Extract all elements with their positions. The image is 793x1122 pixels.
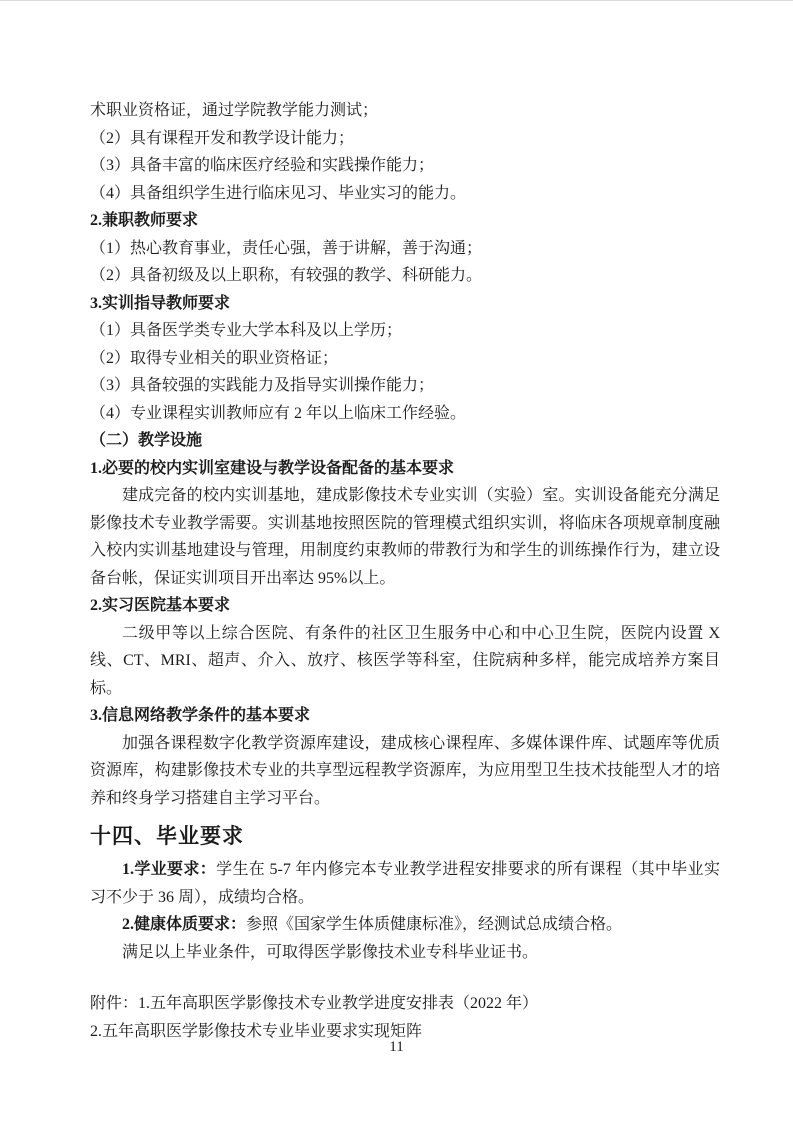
attachment-line-1: 附件：1.五年高职医学影像技术专业教学进度安排表（2022 年） [90, 990, 720, 1018]
training-instructor-item-1: （1）具备医学类专业大学本科及以上学历； [90, 317, 720, 345]
facilities-sub2-heading: 2.实习医院基本要求 [90, 592, 720, 620]
training-instructor-heading: 3.实训指导教师要求 [90, 290, 720, 318]
document-page: 术职业资格证，通过学院教学能力测试； （2）具有课程开发和教学设计能力； （3）… [0, 0, 793, 1122]
graduation-conclusion: 满足以上毕业条件，可取得医学影像技术业专科毕业证书。 [90, 939, 720, 967]
page-number: 11 [0, 1037, 793, 1057]
health-requirement-paragraph: 2.健康体质要求：参照《国家学生体质健康标准》，经测试总成绩合格。 [90, 911, 720, 939]
page-content: 术职业资格证，通过学院教学能力测试； （2）具有课程开发和教学设计能力； （3）… [90, 97, 720, 1045]
training-instructor-item-3: （3）具备较强的实践能力及指导实训操作能力； [90, 372, 720, 400]
facilities-sub1-heading: 1.必要的校内实训室建设与教学设备配备的基本要求 [90, 455, 720, 483]
graduation-section-heading: 十四、毕业要求 [90, 818, 720, 854]
health-requirement-text: 参照《国家学生体质健康标准》，经测试总成绩合格。 [246, 916, 622, 933]
health-requirement-label: 2.健康体质要求： [122, 916, 246, 933]
facilities-sub3-paragraph: 加强各课程数字化教学资源库建设，建成核心课程库、多媒体课件库、试题库等优质资源库… [90, 730, 720, 813]
facilities-sub1-paragraph: 建成完备的校内实训基地，建成影像技术专业实训（实验）室。实训设备能充分满足影像技… [90, 482, 720, 592]
facilities-sub2-paragraph: 二级甲等以上综合医院、有条件的社区卫生服务中心和中心卫生院，医院内设置 X 线、… [90, 620, 720, 703]
facilities-sub3-heading: 3.信息网络教学条件的基本要求 [90, 702, 720, 730]
part-time-teacher-heading: 2.兼职教师要求 [90, 207, 720, 235]
qualification-item-2: （2）具有课程开发和教学设计能力； [90, 125, 720, 153]
continuation-line: 术职业资格证，通过学院教学能力测试； [90, 97, 720, 125]
academic-requirement-label: 1.学业要求： [122, 861, 216, 878]
part-time-teacher-item-1: （1）热心教育事业，责任心强，善于讲解，善于沟通； [90, 235, 720, 263]
academic-requirement-paragraph: 1.学业要求：学生在 5-7 年内修完本专业教学进程安排要求的所有课程（其中毕业… [90, 856, 720, 911]
training-instructor-item-4: （4）专业课程实训教师应有 2 年以上临床工作经验。 [90, 400, 720, 428]
qualification-item-4: （4）具备组织学生进行临床见习、毕业实习的能力。 [90, 180, 720, 208]
part-time-teacher-item-2: （2）具备初级及以上职称，有较强的教学、科研能力。 [90, 262, 720, 290]
teaching-facilities-heading: （二）教学设施 [90, 427, 720, 455]
qualification-item-3: （3）具备丰富的临床医疗经验和实践操作能力； [90, 152, 720, 180]
training-instructor-item-2: （2）取得专业相关的职业资格证； [90, 345, 720, 373]
